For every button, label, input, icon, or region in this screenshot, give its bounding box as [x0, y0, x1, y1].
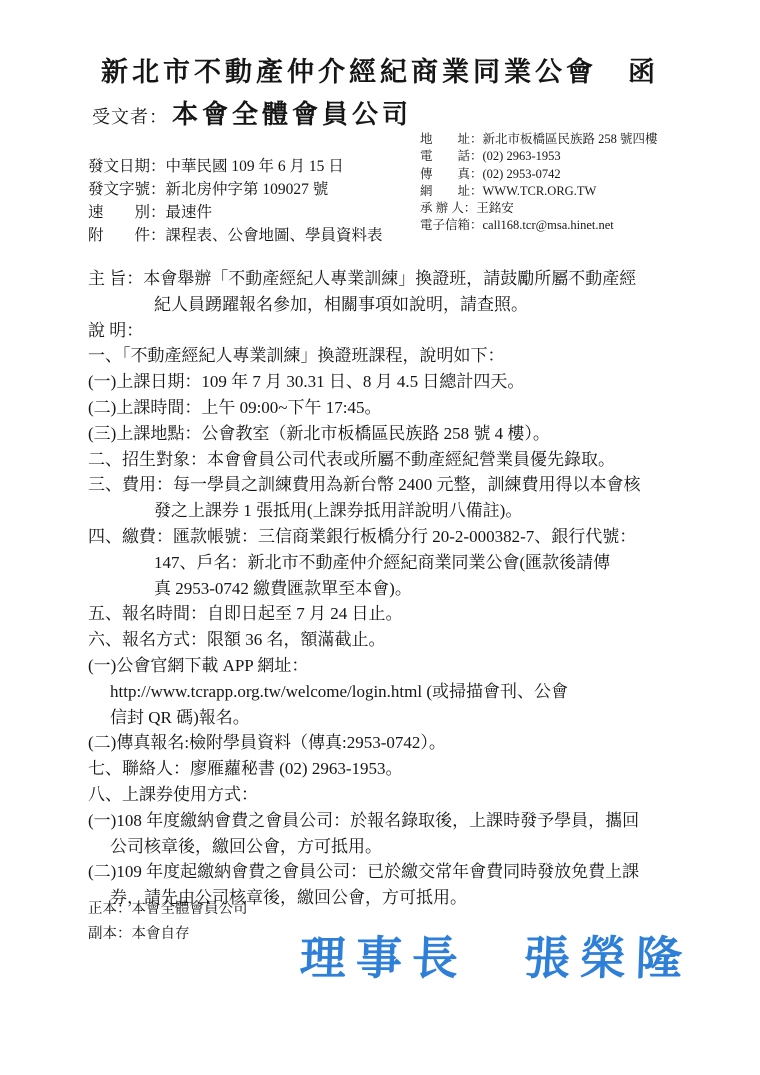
body-line: (一)公會官網下載 APP 網址： — [88, 653, 728, 679]
meta-right-line: 地 址：新北市板橋區民族路 258 號四樓 — [420, 131, 658, 148]
body-line: 公司核章後，繳回公會，方可抵用。 — [88, 834, 728, 860]
meta-left-line: 附 件：課程表、公會地圖、學員資料表 — [88, 224, 383, 247]
body-line: http://www.tcrapp.org.tw/welcome/login.h… — [88, 679, 728, 705]
letter-body: 主 旨：本會舉辦「不動產經紀人專業訓練」換證班，請鼓勵所屬不動產經紀人員踴躍報名… — [88, 266, 728, 911]
body-line: 發之上課券 1 張抵用(上課券抵用詳說明八備註)。 — [88, 498, 728, 524]
meta-right-line: 網 址：WWW.TCR.ORG.TW — [420, 183, 658, 200]
official-letter-page: 新北市不動產仲介經紀商業同業公會 函 受文者： 本會全體會員公司 發文日期：中華… — [0, 0, 760, 1075]
body-line: 八、上課券使用方式： — [88, 782, 728, 808]
body-line: (二)上課時間：上午 09:00~下午 17:45。 — [88, 395, 728, 421]
copies-line: 正本：本會全體會員公司 — [88, 897, 248, 922]
body-line: (一)108 年度繳納會費之會員公司：於報名錄取後，上課時發予學員，攜回 — [88, 808, 728, 834]
recipient-name: 本會全體會員公司 — [172, 94, 412, 131]
meta-left-line: 發文日期：中華民國 109 年 6 月 15 日 — [88, 155, 383, 178]
body-line: 七、聯絡人：廖雁蘿秘書 (02) 2963-1953。 — [88, 756, 728, 782]
body-line: (三)上課地點：公會教室（新北市板橋區民族路 258 號 4 樓）。 — [88, 421, 728, 447]
body-line: 一、「不動產經紀人專業訓練」換證班課程，說明如下： — [88, 343, 728, 369]
body-line: 六、報名方式：限額 36 名，額滿截止。 — [88, 627, 728, 653]
meta-left-block: 發文日期：中華民國 109 年 6 月 15 日發文字號：新北房仲字第 1090… — [88, 155, 383, 247]
meta-right-line: 傳 真：(02) 2953-0742 — [420, 166, 658, 183]
body-line: (二)傳真報名:檢附學員資料（傳真:2953-0742）。 — [88, 730, 728, 756]
body-line: 147、戶名：新北市不動產仲介經紀商業同業公會(匯款後請傳 — [88, 550, 728, 576]
body-line: 說 明： — [88, 318, 728, 344]
meta-left-line: 發文字號：新北房仲字第 109027 號 — [88, 178, 383, 201]
body-line: 三、費用：每一學員之訓練費用為新台幣 2400 元整，訓練費用得以本會核 — [88, 472, 728, 498]
body-line: 五、報名時間：自即日起至 7 月 24 日止。 — [88, 601, 728, 627]
body-line: 四、繳費：匯款帳號：三信商業銀行板橋分行 20-2-000382-7、銀行代號： — [88, 524, 728, 550]
body-line: 主 旨：本會舉辦「不動產經紀人專業訓練」換證班，請鼓勵所屬不動產經 — [88, 266, 728, 292]
body-line: 信封 QR 碼)報名。 — [88, 705, 728, 731]
meta-right-line: 電子信箱：call168.tcr@msa.hinet.net — [420, 217, 658, 234]
body-line: (二)109 年度起繳納會費之會員公司：已於繳交常年會費同時發放免費上課 — [88, 859, 728, 885]
body-line: 二、招生對象：本會會員公司代表或所屬不動產經紀營業員優先錄取。 — [88, 447, 728, 473]
copies-block: 正本：本會全體會員公司副本：本會自存 — [88, 897, 248, 946]
body-line: 紀人員踴躍報名參加，相關事項如說明，請查照。 — [88, 292, 728, 318]
letter-title: 新北市不動產仲介經紀商業同業公會 函 — [0, 50, 760, 89]
meta-left-line: 速 別：最速件 — [88, 201, 383, 224]
meta-right-line: 電 話：(02) 2963-1953 — [420, 148, 658, 165]
president-signature: 理事長 張榮隆 — [299, 922, 693, 988]
body-line: 真 2953-0742 繳費匯款單至本會)。 — [88, 576, 728, 602]
body-line: (一)上課日期：109 年 7 月 30.31 日、8 月 4.5 日總計四天。 — [88, 369, 728, 395]
recipient-label: 受文者： — [92, 103, 168, 129]
recipient-line: 受文者： 本會全體會員公司 — [92, 94, 412, 131]
meta-right-line: 承 辦 人：王銘安 — [420, 200, 658, 217]
copies-line: 副本：本會自存 — [88, 922, 248, 947]
meta-right-block: 地 址：新北市板橋區民族路 258 號四樓電 話：(02) 2963-1953傳… — [420, 131, 658, 235]
